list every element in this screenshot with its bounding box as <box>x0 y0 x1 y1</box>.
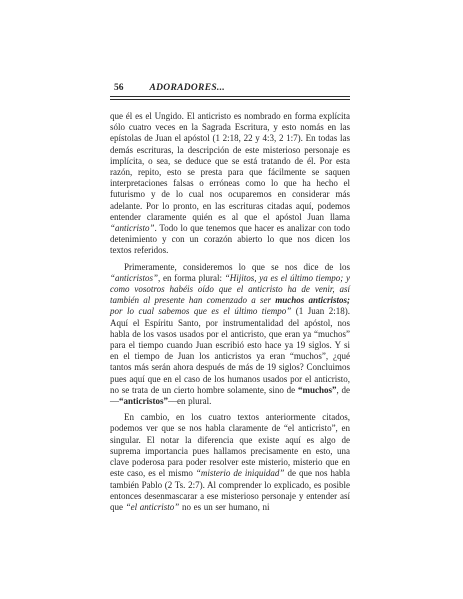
text-segment-italic: por lo cual sabemos que es el último tie… <box>110 306 291 316</box>
text-block: 56 ADORADORES... que él es el Ungido. El… <box>110 82 350 513</box>
paragraph: Primeramente, consideremos lo que se nos… <box>110 262 350 408</box>
text-segment-bold-italic: muchos anticristos; <box>275 295 350 305</box>
text-segment-roman: que él es el Ungido. El anticristo es no… <box>110 111 350 222</box>
text-segment-italic: “anticristo” <box>110 223 155 233</box>
text-segment-roman: —en plural. <box>168 396 211 406</box>
text-segment-italic: “el anticristo” <box>126 502 180 512</box>
paragraph: En cambio, en los cuatro textos anterior… <box>110 412 350 513</box>
text-segment-roman: Primeramente, consideremos lo que se nos… <box>124 262 350 272</box>
text-segment-italic: “anticristos” <box>110 273 158 283</box>
body-text: que él es el Ungido. El anticristo es no… <box>110 111 350 513</box>
page-number: 56 <box>114 82 124 94</box>
text-segment-bold: “anticristos” <box>119 396 168 406</box>
book-page: 56 ADORADORES... que él es el Ungido. El… <box>0 0 463 599</box>
paragraph: que él es el Ungido. El anticristo es no… <box>110 111 350 257</box>
text-segment-roman: (1 Juan 2:18). Aquí el Espíritu Santo, p… <box>110 306 350 394</box>
text-segment-roman: no es un ser humano, ni <box>179 502 269 512</box>
text-segment-roman: , en forma plural: <box>158 273 225 283</box>
text-segment-italic: “misterio de iniquidad” <box>196 468 285 478</box>
page-header: 56 ADORADORES... <box>110 82 350 94</box>
header-rule <box>110 96 350 100</box>
text-segment-bold: “muchos” <box>298 385 337 395</box>
running-title: ADORADORES... <box>150 82 225 94</box>
